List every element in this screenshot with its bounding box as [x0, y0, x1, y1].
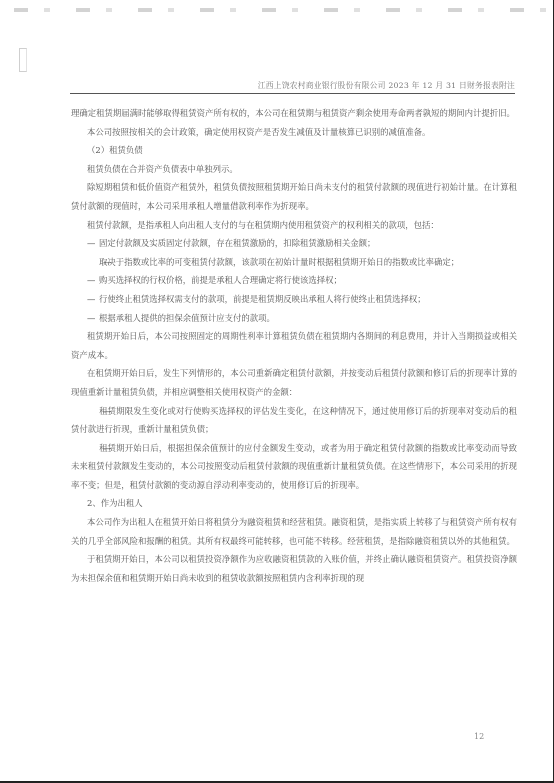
list-item: —租赁期开始日后，根据担保余值预计的应付金额发生变动，或者为用于确定租赁付款额的…: [71, 439, 517, 495]
section-heading-lessor: 2、作为出租人: [71, 494, 517, 513]
list-item: —固定付款额及实质固定付款额，存在租赁激励的，扣除租赁激励相关金额；: [71, 234, 517, 253]
dash-bullet-icon: —: [87, 290, 99, 309]
list-item: —购买选择权的行权价格，前提是承租人合理确定将行使该选择权；: [71, 271, 517, 290]
paragraph-finance-lease-receivable: 于租赁期开始日，本公司以租赁投资净额作为应收融资租赁款的入账价值，并终止确认融资…: [71, 550, 517, 587]
scan-edge-artifact: [0, 8, 554, 12]
paragraph-remeasurement: 在租赁期开始日后，发生下列情形的，本公司重新确定租赁付款额，并按变动后租赁付款额…: [71, 364, 517, 401]
list-item-text: 固定付款额及实质固定付款额，存在租赁激励的，扣除租赁激励相关金额；: [99, 238, 375, 248]
document-body: 理确定租赁期届满时能够取得租赁资产所有权的，本公司在租赁期与租赁资产剩余使用寿命…: [71, 104, 517, 587]
dash-bullet-icon: —: [87, 439, 99, 458]
page-number: 12: [474, 732, 484, 741]
list-item-text: 取决于指数或比率的可变租赁付款额，该款项在初始计量时根据租赁期开始日的指数或比率…: [99, 257, 459, 267]
paragraph-continuation: 理确定租赁期届满时能够取得租赁资产所有权的，本公司在租赁期与租赁资产剩余使用寿命…: [71, 104, 517, 123]
dash-bullet-icon: —: [87, 271, 99, 290]
paragraph-interest-expense: 租赁期开始日后，本公司按照固定的周期性利率计算租赁负债在租赁期内各期间的利息费用…: [71, 327, 517, 364]
list-item-text: 购买选择权的行权价格，前提是承租人合理确定将行使该选择权；: [99, 275, 342, 285]
list-item-text: 租赁期开始日后，根据担保余值预计的应付金额发生变动，或者为用于确定租赁付款额的指…: [71, 443, 517, 490]
list-item: —行使终止租赁选择权需支付的款项，前提是租赁期反映出承租人将行使终止租赁选择权；: [71, 290, 517, 309]
list-item: —根据承租人提供的担保余值预计应支付的款项。: [71, 309, 517, 328]
list-item-text: 行使终止租赁选择权需支付的款项，前提是租赁期反映出承租人将行使终止租赁选择权；: [99, 294, 426, 304]
list-item: —租赁期限发生变化或对行使购买选择权的评估发生变化，在这种情况下，通过使用修订后…: [71, 402, 517, 439]
paragraph-lease-classification: 本公司作为出租人在租赁开始日将租赁分为融资租赁和经营租赁。融资租赁，是指实质上转…: [71, 513, 517, 550]
dash-bullet-icon: —: [87, 402, 99, 421]
paragraph-lease-payments: 租赁付款额，是指承租人向出租人支付的与在租赁期内使用租赁资产的权利相关的款项，包…: [71, 216, 517, 235]
list-item: —取决于指数或比率的可变租赁付款额，该款项在初始计量时根据租赁期开始日的指数或比…: [71, 253, 517, 272]
page-header-title: 江西上饶农村商业银行股份有限公司 2023 年 12 月 31 日财务报表附注: [258, 81, 515, 90]
paragraph-presentation: 租赁负债在合并资产负债表中单独列示。: [71, 160, 517, 179]
list-item-text: 根据承租人提供的担保余值预计应支付的款项。: [99, 313, 275, 323]
section-heading-lease-liability: （2）租赁负债: [71, 141, 517, 160]
page-header: 江西上饶农村商业银行股份有限公司 2023 年 12 月 31 日财务报表附注: [70, 80, 515, 94]
paragraph-impairment: 本公司按照按相关的会计政策，确定使用权资产是否发生减值及计量核算已识别的减值准备…: [71, 123, 517, 142]
paragraph-initial-measurement: 除短期租赁和低价值资产租赁外，租赁负债按照租赁期开始日尚未支付的租赁付款额的现值…: [71, 178, 517, 215]
dash-bullet-icon: —: [87, 253, 99, 272]
binding-mark: [19, 48, 27, 72]
list-item-text: 租赁期限发生变化或对行使购买选择权的评估发生变化，在这种情况下，通过使用修订后的…: [71, 406, 517, 435]
dash-bullet-icon: —: [87, 309, 99, 328]
dash-bullet-icon: —: [87, 234, 99, 253]
